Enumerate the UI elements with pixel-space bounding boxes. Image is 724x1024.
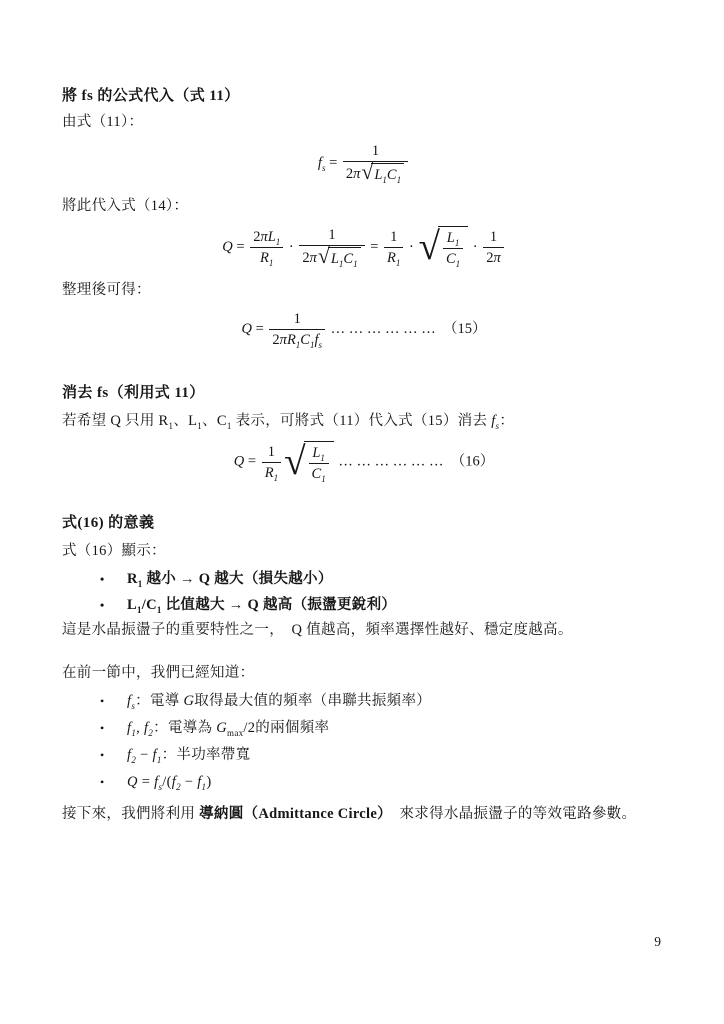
bullet-icon: • <box>100 715 127 742</box>
bullet-icon: • <box>100 688 127 715</box>
formula-q-expanded: Q = 2πL1R1 · 12π√L1C1 = 1R1 · √L1C1 · 12… <box>62 226 666 269</box>
heading-eq16-meaning: 式(16) 的意義 <box>62 513 666 533</box>
list-item-text: R1 越小 → Q 越大（損失越小） <box>127 566 333 592</box>
list-item-text: f1, f2：電導為 Gmax/2的兩個頻率 <box>127 715 329 742</box>
list-item-l1c1-ratio: • L1/C1 比值越大 → Q 越高（振盪更銳利） <box>62 592 666 618</box>
formula-eq-16: Q = 1R1√L1C1 … … … … … … （16） <box>62 441 666 483</box>
heading-eliminate-fs: 消去 fs（利用式 11） <box>62 383 666 403</box>
heading-substitute-fs-formula: 將 fs 的公式代入（式 11） <box>62 86 666 106</box>
page-content: 將 fs 的公式代入（式 11） 由式（11）： fs = 12π√L1C1 將… <box>62 86 666 825</box>
formula-eq-15: Q = 12πR1C1fs … … … … … … （15） <box>62 310 666 349</box>
list-item-text: f2 − f1：半功率帶寬 <box>127 742 250 769</box>
page-number: 9 <box>654 934 661 950</box>
list-item-text: Q = fs/(f2 − f1) <box>127 769 211 796</box>
list-item-text: fs：電導 G取得最大值的頻率（串聯共振頻率） <box>127 688 431 715</box>
bullet-list-known-facts: • fs：電導 G取得最大值的頻率（串聯共振頻率） • f1, f2：電導為 G… <box>62 688 666 796</box>
paragraph-importance: 這是水晶振盪子的重要特性之一， Q 值越高，頻率選擇性越好、穩定度越高。 <box>62 620 666 641</box>
paragraph-previous-section: 在前一節中，我們已經知道： <box>62 663 666 684</box>
paragraph-simplify: 整理後可得： <box>62 280 666 301</box>
list-item-fs-definition: • fs：電導 G取得最大值的頻率（串聯共振頻率） <box>62 688 666 715</box>
paragraph-next-step-admittance-circle: 接下來，我們將利用 導納圓（Admittance Circle） 來求得水晶振盪… <box>62 804 666 825</box>
list-item-text: L1/C1 比值越大 → Q 越高（振盪更銳利） <box>127 592 396 618</box>
bullet-icon: • <box>100 742 127 769</box>
bullet-icon: • <box>100 592 127 618</box>
list-item-half-power-bandwidth: • f2 − f1：半功率帶寬 <box>62 742 666 769</box>
paragraph-substitute-into-eq-14: 將此代入式（14）： <box>62 196 666 217</box>
document-page: 將 fs 的公式代入（式 11） 由式（11）： fs = 12π√L1C1 將… <box>0 0 724 1024</box>
paragraph-eliminate-fs: 若希望 Q 只用 R1、L1、C1 表示，可將式（11）代入式（15）消去 fs… <box>62 411 666 432</box>
list-item-f1-f2-definition: • f1, f2：電導為 Gmax/2的兩個頻率 <box>62 715 666 742</box>
list-item-q-formula: • Q = fs/(f2 − f1) <box>62 769 666 796</box>
list-item-r1-smaller: • R1 越小 → Q 越大（損失越小） <box>62 566 666 592</box>
bullet-icon: • <box>100 566 127 592</box>
paragraph-eq16-shows: 式（16）顯示： <box>62 541 666 562</box>
bullet-icon: • <box>100 769 127 796</box>
bullet-list-eq16-meaning: • R1 越小 → Q 越大（損失越小） • L1/C1 比值越大 → Q 越高… <box>62 566 666 618</box>
formula-fs: fs = 12π√L1C1 <box>62 142 666 185</box>
paragraph-from-eq-11: 由式（11）： <box>62 112 666 133</box>
